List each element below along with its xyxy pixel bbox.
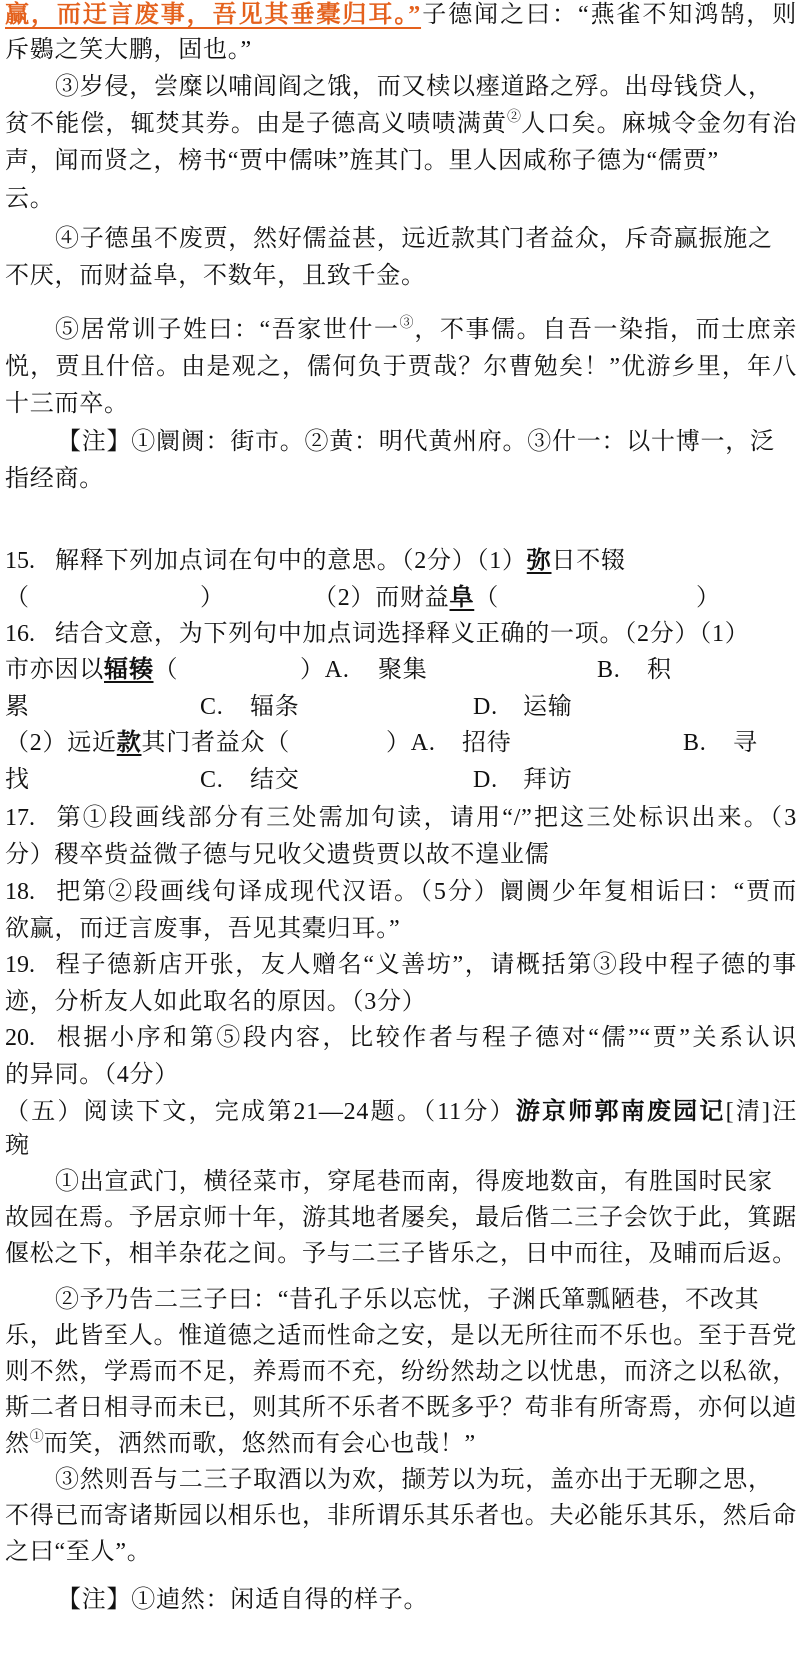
text-line: 不厌，而财益阜，不数年，且致千金。 bbox=[5, 258, 797, 294]
question-17-cont: 分）稷卒赀益微子德与兄收父遗赀贾以故不遑业儒 bbox=[5, 837, 797, 873]
annotation-note: 【注】①逌然：闲适自得的样子。 bbox=[5, 1582, 797, 1618]
text-line: 贫不能偿，辄焚其券。由是子德高义啧啧满黄②人口矣。麻城令金勿有治 bbox=[5, 106, 797, 142]
answer-blank-close: ） bbox=[200, 580, 225, 616]
text-segment: ⑤居常训子姓曰：“吾家世什一 bbox=[55, 317, 400, 343]
footnote-ref: ① bbox=[30, 1430, 44, 1445]
question-16: 16.结合文意，为下列句中加点词选择释义正确的一项。（2分）（1） bbox=[5, 616, 797, 652]
question-19: 19.程子德新店开张，友人赠名“义善坊”，请概括第③段中程子德的事 bbox=[5, 947, 797, 983]
keyword-underlined: 款 bbox=[117, 730, 142, 756]
text-segment: 市亦因以 bbox=[5, 657, 104, 683]
question-18: 18.把第②段画线句译成现代汉语。（5分）阛阓少年复相诟曰：“贾而 bbox=[5, 874, 797, 910]
item-label: （1） bbox=[477, 548, 527, 574]
essay-title: 游京师郭南废园记 bbox=[516, 1099, 726, 1125]
option-d-label: D. bbox=[473, 762, 498, 798]
question-17: 17.第①段画线部分有三处需加句读，请用“/”把这三处标识出来。（3 bbox=[5, 800, 797, 836]
option-b-text-cont: 找 bbox=[5, 762, 30, 798]
question-number: 17. bbox=[5, 800, 55, 836]
question-stem: 结合文意，为下列句中加点词选择释义正确的一项。（2分）（1） bbox=[55, 621, 750, 647]
text-line: 之曰“至人”。 bbox=[5, 1534, 797, 1570]
text-line: 赢，而迂言废事，吾见其垂橐归耳。”子德闻之曰：“燕雀不知鸿鹄，则 bbox=[5, 0, 797, 33]
paragraph-1-start: ①出宣武门，横径菜市，穿尾巷而南，得废地数亩，有胜国时民家 bbox=[5, 1164, 797, 1200]
option-c-label: C. bbox=[200, 689, 224, 725]
underlined-highlight-sentence: 赢，而迂言废事，吾见其垂橐归耳。” bbox=[5, 2, 421, 28]
text-segment: 然 bbox=[5, 1431, 30, 1457]
annotation-note-cont: 指经商。 bbox=[5, 461, 797, 497]
annotation-note: 【注】①阛阓：街市。②黄：明代黄州府。③什一：以十博一，泛 bbox=[5, 424, 797, 460]
question-20: 20.根据小序和第⑤段内容，比较作者与程子德对“儒”“贾”关系认识 bbox=[5, 1020, 797, 1056]
text-line: 斯二者日相寻而未已，则其所不乐者不既多乎？苟非有所寄焉，亦何以逌 bbox=[5, 1390, 797, 1426]
exam-page: 赢，而迂言废事，吾见其垂橐归耳。”子德闻之曰：“燕雀不知鸿鹄，则 斥鷃之笑大鹏，… bbox=[0, 0, 800, 1667]
essay-author: [清]汪 bbox=[726, 1099, 797, 1125]
text-line: 故园在焉。予居京师十年，游其地者屡矣，最后偕二三子会饮于此，箕踞 bbox=[5, 1200, 797, 1236]
section-intro: （五）阅读下文，完成第21—24题。（11分） bbox=[5, 1099, 516, 1125]
question-number: 15. bbox=[5, 543, 55, 579]
question-20-cont: 的异同。（4分） bbox=[5, 1057, 797, 1093]
text-segment: 而笑，洒然而歌，悠然而有会心也哉！” bbox=[44, 1431, 476, 1457]
paragraph-5-start: ⑤居常训子姓曰：“吾家世什一③，不事儒。自吾一染指，而士庶亲 bbox=[5, 312, 797, 348]
option-b-label: B. bbox=[597, 652, 621, 688]
keyword-underlined: 辐辏 bbox=[104, 657, 154, 683]
item-sentence: 市亦因以辐辏（ bbox=[5, 652, 178, 688]
text-line: 然①而笑，洒然而歌，悠然而有会心也哉！” bbox=[5, 1426, 797, 1462]
paragraph-2-start: ②予乃告二三子曰：“昔孔子乐以忘忧，子渊氏箪瓢陋巷，不改其 bbox=[5, 1282, 797, 1318]
question-16-item-2-options: 找 C. 结交 D. 拜访 bbox=[5, 762, 797, 798]
question-18-cont: 欲赢，而迂言废事，吾见其橐归耳。” bbox=[5, 911, 797, 947]
option-a-label: ）A. bbox=[300, 652, 350, 688]
question-15-blanks: （ ） （2）而财益阜（ ） bbox=[5, 580, 797, 616]
option-b-text: 寻 bbox=[733, 725, 758, 761]
text-line: 云。 bbox=[5, 181, 797, 217]
text-line: 不得已而寄诸斯园以相乐也，非所谓乐其乐者也。夫必能乐其乐，然后命 bbox=[5, 1498, 797, 1534]
question-stem: 解释下列加点词在句中的意思。（2分） bbox=[55, 548, 477, 574]
text-line: 悦，贾且什倍。由是观之，儒何负于贾哉？尔曹勉矣！”优游乡里，年八 bbox=[5, 349, 797, 385]
option-b-text: 积 bbox=[647, 652, 672, 688]
text-segment: 子德闻之曰：“燕雀不知鸿鹄，则 bbox=[421, 2, 797, 28]
question-stem: 根据小序和第⑤段内容，比较作者与程子德对“儒”“贾”关系认识 bbox=[55, 1025, 797, 1051]
question-16-item-1: 市亦因以辐辏（ ）A. 聚集 B. 积 bbox=[5, 652, 797, 688]
text-segment: （2）远近 bbox=[5, 730, 117, 756]
option-b-label: B. bbox=[683, 725, 707, 761]
option-a-text: 聚集 bbox=[378, 652, 428, 688]
question-number: 18. bbox=[5, 874, 55, 910]
option-b-text-cont: 累 bbox=[5, 689, 30, 725]
item-sentence: （2）远近款其门者益众（ bbox=[5, 725, 290, 761]
question-stem: 第①段画线部分有三处需加句读，请用“/”把这三处标识出来。（3 bbox=[55, 805, 797, 831]
section-heading: （五）阅读下文，完成第21—24题。（11分）游京师郭南废园记[清]汪 bbox=[5, 1094, 797, 1130]
option-c-text: 辐条 bbox=[250, 689, 300, 725]
paragraph-3-start: ③岁侵，尝糜以哺闾阎之饿，而又椟以瘗道路之殍。出母钱贷人， bbox=[5, 69, 797, 105]
keyword-underlined: 弥 bbox=[527, 548, 552, 574]
question-number: 19. bbox=[5, 947, 55, 983]
question-15: 15.解释下列加点词在句中的意思。（2分）（1）弥日不辍 bbox=[5, 543, 797, 579]
answer-blank-open: （ bbox=[154, 657, 179, 683]
text-line: 十三而卒。 bbox=[5, 386, 797, 422]
text-segment: ，不事儒。自吾一染指，而士庶亲 bbox=[414, 317, 797, 343]
essay-author-cont: 琬 bbox=[5, 1128, 797, 1164]
text-segment: 而财益 bbox=[375, 585, 449, 611]
option-d-text: 运输 bbox=[523, 689, 573, 725]
option-label: A. bbox=[411, 730, 436, 756]
answer-blank-close: ） bbox=[696, 580, 721, 616]
text-segment: 贫不能偿，辄焚其券。由是子德高义啧啧满黄 bbox=[5, 111, 507, 137]
footnote-ref: ② bbox=[507, 110, 521, 125]
text-line: 斥鷃之笑大鹏，固也。” bbox=[5, 32, 797, 68]
answer-blank-open: （ bbox=[474, 585, 499, 611]
text-segment: 日不辍 bbox=[552, 548, 626, 574]
option-c-label: C. bbox=[200, 762, 224, 798]
option-a-label: ）A. bbox=[386, 725, 436, 761]
option-label: A. bbox=[325, 657, 350, 683]
question-number: 20. bbox=[5, 1020, 55, 1056]
question-19-cont: 迹，分析友人如此取名的原因。（3分） bbox=[5, 984, 797, 1020]
text-line: 则不然，学焉而不足，养焉而不充，纷纷然劫之以忧患，而济之以私欲， bbox=[5, 1354, 797, 1390]
question-stem: 把第②段画线句译成现代汉语。（5分）阛阓少年复相诟曰：“贾而 bbox=[55, 879, 797, 905]
option-c-text: 结交 bbox=[250, 762, 300, 798]
answer-blank-open: （ bbox=[5, 580, 30, 616]
item-label: （2） bbox=[313, 585, 375, 611]
question-16-item-1-options: 累 C. 辐条 D. 运输 bbox=[5, 689, 797, 725]
footnote-ref: ③ bbox=[400, 316, 415, 331]
text-segment: 其门者益众 bbox=[142, 730, 266, 756]
answer-blank-close: ） bbox=[386, 730, 411, 756]
option-a-text: 招待 bbox=[462, 725, 512, 761]
paragraph-4-start: ④子德虽不废贾，然好儒益甚，远近款其门者益众，斥奇赢振施之 bbox=[5, 221, 797, 257]
text-segment: 人口矣。麻城令金勿有治 bbox=[521, 111, 797, 137]
question-15-item-2: （2）而财益阜（ bbox=[313, 580, 499, 616]
question-16-item-2: （2）远近款其门者益众（ ）A. 招待 B. 寻 bbox=[5, 725, 797, 761]
option-d-text: 拜访 bbox=[523, 762, 573, 798]
text-line: 声，闻而贤之，榜书“贾中儒味”旌其门。里人因咸称子德为“儒贾” bbox=[5, 143, 797, 179]
keyword-underlined: 阜 bbox=[450, 585, 475, 611]
option-d-label: D. bbox=[473, 689, 498, 725]
paragraph-3-start: ③然则吾与二三子取酒以为欢，撷芳以为玩，盖亦出于无聊之思， bbox=[5, 1462, 797, 1498]
text-line: 偃松之下，相羊杂花之间。予与二三子皆乐之，日中而往，及晡而后返。 bbox=[5, 1236, 797, 1272]
answer-blank-close: ） bbox=[300, 657, 325, 683]
answer-blank-open: （ bbox=[265, 730, 290, 756]
question-number: 16. bbox=[5, 616, 55, 652]
text-line: 乐，此皆至人。惟道德之适而性命之安，是以无所往而不乐也。至于吾党 bbox=[5, 1318, 797, 1354]
question-stem: 程子德新店开张，友人赠名“义善坊”，请概括第③段中程子德的事 bbox=[55, 952, 797, 978]
